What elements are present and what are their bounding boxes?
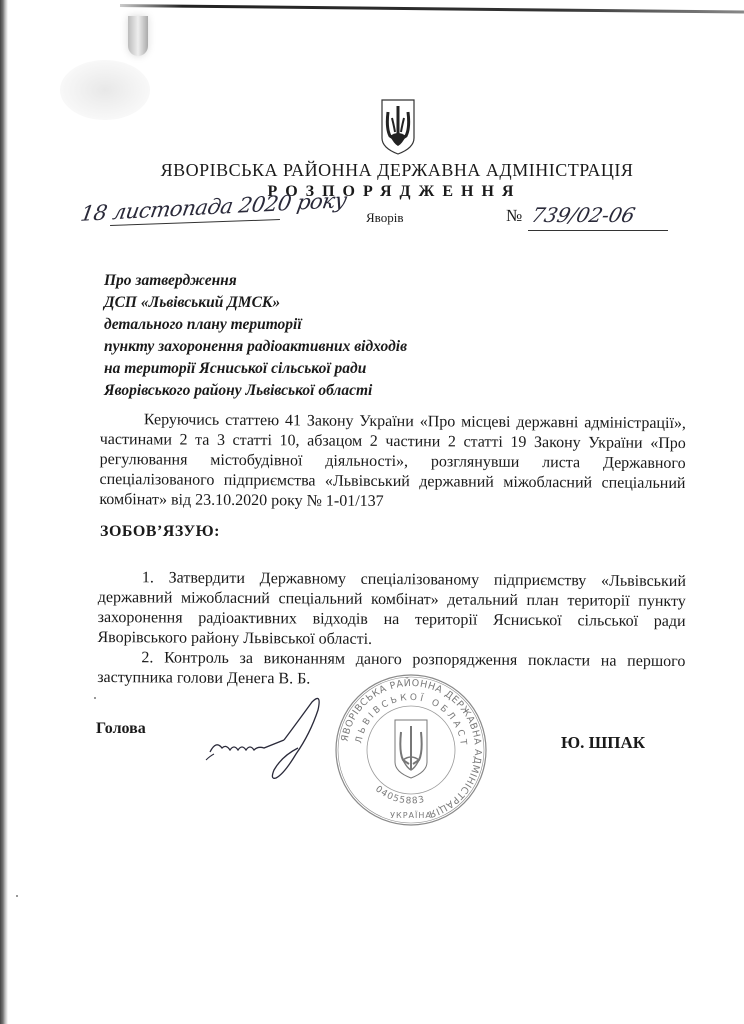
stamp-country: УКРАЇНА [390, 810, 432, 820]
subject-line: Про затвердження [104, 270, 407, 292]
document-type-title: РОЗПОРЯДЖЕННЯ [0, 183, 744, 201]
directive-heading: ЗОБОВ’ЯЗУЮ: [100, 523, 220, 541]
preamble: Керуючись статтею 41 Закону України «Про… [99, 410, 686, 514]
number-sign: № [506, 206, 522, 226]
subject-line: ДСП «Львівський ДМСК» [104, 292, 407, 314]
signatory-name: Ю. ШПАК [561, 733, 645, 753]
scan-smudge [60, 60, 150, 120]
scan-dust [16, 895, 18, 897]
directive-item: 1. Затвердити Державному спеціалізованом… [97, 568, 686, 652]
stamp-code: 04055883 [373, 784, 426, 806]
preamble-text: Керуючись статтею 41 Закону України «Про… [99, 410, 686, 514]
number-underline [528, 230, 668, 231]
handwritten-signature [200, 694, 330, 784]
document-page: ЯВОРІВСЬКА РАЙОННА ДЕРЖАВНА АДМІНІСТРАЦІ… [0, 0, 744, 1024]
scan-dust [94, 697, 96, 699]
subject-line: пункту захоронення радіоактивних відході… [104, 336, 407, 358]
signatory-title: Голова [96, 720, 146, 738]
organization-name: ЯВОРІВСЬКА РАЙОННА ДЕРЖАВНА АДМІНІСТРАЦІ… [0, 160, 744, 181]
place-of-issue: Яворів [366, 210, 403, 226]
ukraine-coat-of-arms-icon [380, 98, 416, 156]
scan-edge-top [120, 4, 744, 14]
subject-line: Яворівського району Львівської області [104, 380, 407, 402]
subject-line: на території Ясниської сільської ради [104, 358, 407, 380]
official-stamp: ЯВОРІВСЬКА РАЙОННА ДЕРЖАВНА АДМІНІСТРАЦІ… [333, 672, 489, 828]
svg-text:04055883: 04055883 [373, 784, 426, 806]
scan-edge-left [0, 0, 8, 1024]
document-subject: Про затвердження ДСП «Львівський ДМСК» д… [104, 270, 407, 402]
paper-clip-mark [128, 16, 148, 56]
handwritten-document-number: 739/02-06 [529, 203, 638, 227]
subject-line: детального плану території [104, 314, 407, 336]
